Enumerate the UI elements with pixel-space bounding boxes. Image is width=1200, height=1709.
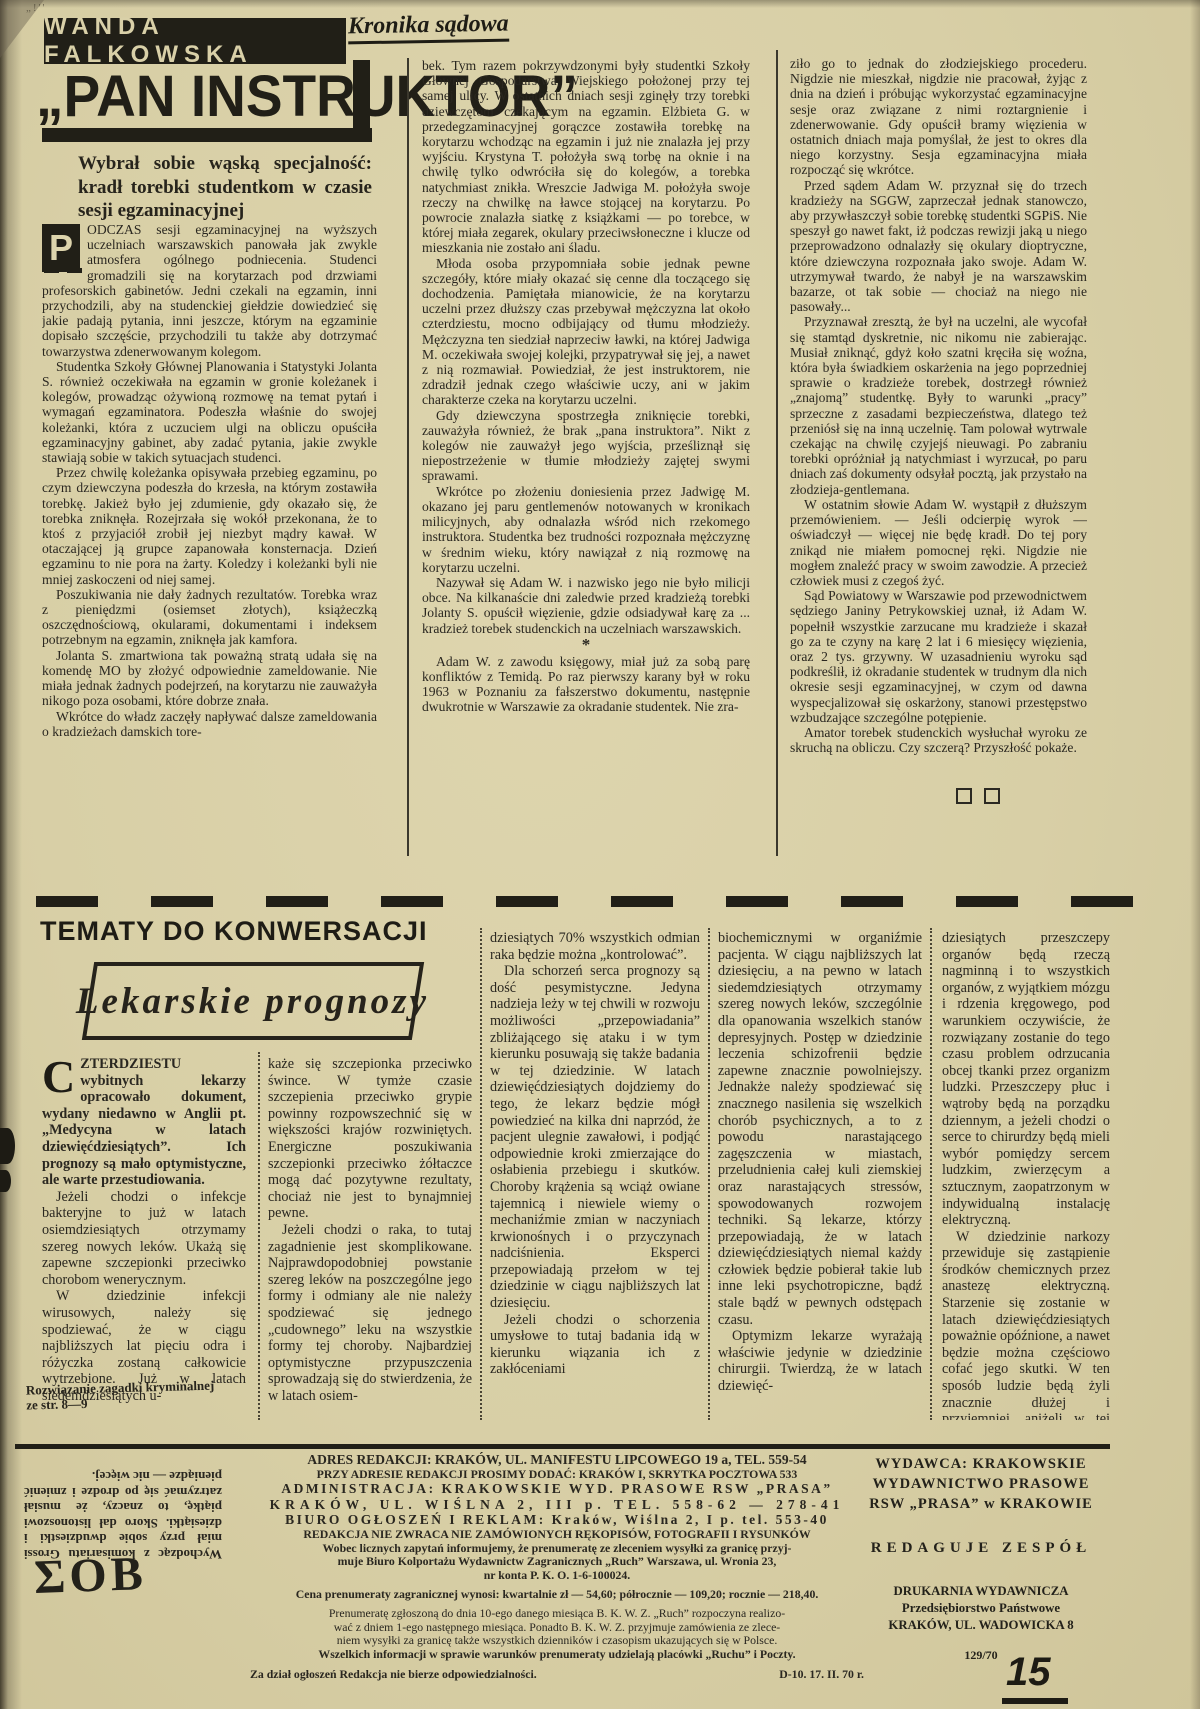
paragraph: Dla schorzeń serca prognozy są dość pesy…: [490, 963, 700, 1311]
paragraph: Gdy dziewczyna spostrzegła zniknięcie to…: [422, 408, 750, 484]
page-left-edge-shadow: [0, 0, 22, 1709]
dotted-column-rule: [708, 928, 710, 1420]
page-number: 15: [1006, 1650, 1051, 1695]
dotted-column-rule: [258, 1052, 260, 1420]
paragraph-list: Jeżeli chodzi o infekcje bakteryjne to j…: [42, 1189, 246, 1405]
page-top-edge-shadow: [0, 0, 1200, 8]
paragraph: dziesiątych 70% wszystkich odmian raka b…: [490, 930, 700, 963]
paragraph: Przed sądem Adam W. przyznał się do trze…: [790, 178, 1087, 315]
paragraph: niem wysyłki za granicę także wszystkich…: [250, 1634, 864, 1648]
paragraph: nr konta P. K. O. 1-6-100024.: [250, 1569, 864, 1583]
paragraph: *: [422, 636, 750, 654]
paragraph: WYDAWNICTWO PRASOWE: [866, 1474, 1096, 1494]
article-lead: Wybrał sobie wąską specjalność: kradł to…: [78, 152, 372, 223]
paragraph: ADRES REDAKCJI: KRAKÓW, UL. MANIFESTU LI…: [250, 1452, 864, 1468]
paragraph: Sąd Powiatowy w Warszawie pod przewodnic…: [790, 588, 1087, 725]
dotted-column-rule: [930, 928, 932, 1420]
imprint-disclaimer: Za dział ogłoszeń Redakcja nie bierze od…: [250, 1667, 537, 1682]
dropcap-dashes: [44, 268, 82, 273]
paragraph: CZTERDZIESTU wybitnych lekarzy opracował…: [42, 1056, 246, 1189]
section-title: TEMATY DO KONWERSACJI: [40, 916, 428, 947]
paragraph: biochemicznymi w organiźmie pacjenta. W …: [718, 930, 922, 1328]
publisher-lines: WYDAWCA: KRAKOWSKIEWYDAWNICTWO PRASOWERS…: [866, 1454, 1096, 1514]
ink-smudge: [0, 1128, 15, 1164]
paragraph: Studentka Szkoły Głównej Planowania i St…: [42, 359, 377, 465]
dropcap-letter: C: [42, 1058, 75, 1096]
puzzle-signature-glyphs: ΣΟΒ: [33, 1546, 148, 1605]
redaguje-zespol: REDAGUJE ZESPÓŁ: [866, 1540, 1096, 1557]
paragraph: BIURO OGŁOSZEŃ I REKLAM: Kraków, Wiślna …: [250, 1512, 864, 1528]
paragraph: DRUKARNIA WYDAWNICZA: [866, 1583, 1096, 1600]
paragraph: KRAKÓW, UL. WADOWICKA 8: [866, 1617, 1096, 1634]
puzzle-solution-rotated-text: Wychodząc z komisariatu Grossi miał przy…: [24, 1412, 222, 1562]
article2-column-a: CZTERDZIESTU wybitnych lekarzy opracował…: [42, 1056, 246, 1418]
article2-title: Lekarskie prognozy: [76, 980, 429, 1023]
paragraph: RSW „PRASA” w KRAKOWIE: [866, 1494, 1096, 1514]
printer-lines: DRUKARNIA WYDAWNICZAPrzedsiębiorstwo Pań…: [866, 1583, 1096, 1634]
title-corner-bar: [353, 60, 370, 142]
paragraph: wać z dniem 1-ego następnego miesiąca. P…: [250, 1621, 864, 1635]
paragraph: Wkrótce po złożeniu doniesienia przez Ja…: [422, 484, 750, 575]
paragraph: Amator torebek studenckich wysłuchał wyr…: [790, 725, 1087, 755]
article2-column-d: biochemicznymi w organiźmie pacjenta. W …: [718, 930, 922, 1420]
column-rule: [776, 50, 778, 856]
rubric-title: Kronika sądowa: [348, 11, 509, 45]
dropcap-letter: P: [42, 224, 80, 272]
paragraph: Przez chwilę koleżanka opisywała przebie…: [42, 465, 377, 587]
end-of-article-checkbox: [984, 788, 1000, 804]
article2-column-e: dziesiątych przeszczepy organów będą rze…: [942, 930, 1110, 1420]
imprint-block: ADRES REDAKCJI: KRAKÓW, UL. MANIFESTU LI…: [250, 1452, 864, 1682]
paragraph: WYDAWCA: KRAKOWSKIE: [866, 1454, 1096, 1474]
paragraph: KRAKÓW, UL. WIŚLNA 2, III p. TEL. 558-62…: [250, 1497, 864, 1513]
imprint-lines: ADRES REDAKCJI: KRAKÓW, UL. MANIFESTU LI…: [250, 1452, 864, 1662]
paragraph: REDAKCJA NIE ZWRACA NIE ZAMÓWIONYCH RĘKO…: [250, 1528, 864, 1542]
paragraph: Optymizm lekarze wyrażają właściwie jedy…: [718, 1328, 922, 1394]
paragraph: Jeżeli chodzi o raka, to tutaj zagadnien…: [268, 1222, 472, 1405]
paragraph: Nazywał się Adam W. i nazwisko jego nie …: [422, 575, 750, 636]
paragraph: Poszukiwania nie dały żadnych rezultatów…: [42, 587, 377, 648]
page-right-edge-shadow: [1190, 0, 1200, 1709]
paragraph: PRZY ADRESIE REDAKCJI PROSIMY DODAĆ: KRA…: [250, 1468, 864, 1482]
dotted-column-rule: [480, 928, 482, 1420]
publisher-block: WYDAWCA: KRAKOWSKIEWYDAWNICTWO PRASOWERS…: [866, 1454, 1096, 1663]
article-title: „PAN INSTRUKTOR”: [36, 62, 378, 130]
paragraph: ADMINISTRACJA: KRAKOWSKIE WYD. PRASOWE R…: [250, 1481, 864, 1497]
article2-title-box: Lekarskie prognozy: [82, 962, 424, 1040]
paragraph: Cena prenumeraty zagranicznej wynosi: kw…: [250, 1588, 864, 1602]
paragraph: dziesiątych przeszczepy organów będą rze…: [942, 930, 1110, 1229]
paragraph: Jeżeli chodzi o infekcje bakteryjne to j…: [42, 1189, 246, 1289]
article2-column-c: dziesiątych 70% wszystkich odmian raka b…: [490, 930, 700, 1420]
ink-smudge: [0, 1170, 11, 1192]
page-number-underline: [1002, 1698, 1068, 1704]
dashed-section-divider: [36, 896, 1164, 907]
end-of-article-checkbox: [956, 788, 972, 804]
article1-column-1: PODCZAS sesji egzaminacyjnej na wyższych…: [42, 222, 377, 860]
paragraph: Przyznawał zresztą, że był na uczelni, a…: [790, 314, 1087, 496]
paragraph: muje Biuro Kolportażu Wydawnictw Zagrani…: [250, 1555, 864, 1569]
paragraph: ziło go to jednak do złodziejskiego proc…: [790, 56, 1087, 178]
paragraph: każe się szczepionka przeciwko śwince. W…: [268, 1056, 472, 1222]
column-rule: [407, 58, 409, 856]
newspaper-page: „!'' WANDA FALKOWSKA Kronika sądowa „PAN…: [0, 0, 1200, 1709]
paragraph: Młoda osoba przypomniała sobie jednak pe…: [422, 256, 750, 408]
article1-column-2: bek. Tym razem pokrzywdzonymi były stude…: [422, 58, 750, 860]
paragraph: Jeżeli chodzi o schorzenia umysłowe to t…: [490, 1312, 700, 1378]
paragraph: W ostatnim słowie Adam W. wystąpił z dłu…: [790, 497, 1087, 588]
paragraph: PODCZAS sesji egzaminacyjnej na wyższych…: [42, 222, 377, 359]
paragraph: Jolanta S. zmartwiona tak poważną stratą…: [42, 648, 377, 709]
paragraph-text: ODCZAS sesji egzaminacyjnej na wyższych …: [42, 222, 377, 359]
author-banner: WANDA FALKOWSKA: [44, 18, 346, 64]
title-underline-bar: [42, 128, 372, 142]
paragraph-list: Studentka Szkoły Głównej Planowania i St…: [42, 359, 377, 739]
paragraph: Wszelkich informacji w sprawie warunków …: [250, 1648, 864, 1662]
paragraph: Wkrótce do władz zaczęły napływać dalsze…: [42, 709, 377, 739]
article2-column-b: każe się szczepionka przeciwko śwince. W…: [268, 1056, 472, 1420]
imprint-date-code: D-10. 17. II. 70 r.: [779, 1667, 864, 1682]
paragraph: Adam W. z zawodu księgowy, miał już za s…: [422, 654, 750, 715]
puzzle-solution-label: Rozwiązanie zagadki kryminalnej ze str. …: [26, 1377, 223, 1412]
article1-column-3: ziło go to jednak do złodziejskiego proc…: [790, 56, 1087, 862]
issue-code: 129/70: [866, 1648, 1096, 1663]
paragraph: Przedsiębiorstwo Państwowe: [866, 1600, 1096, 1617]
paragraph: Prenumeratę zgłoszoną do dnia 10-ego dan…: [250, 1607, 864, 1621]
imprint-last-row: Za dział ogłoszeń Redakcja nie bierze od…: [250, 1667, 864, 1682]
paragraph: W dziedzinie narkozy przewiduje się zast…: [942, 1229, 1110, 1420]
paragraph: bek. Tym razem pokrzywdzonymi były stude…: [422, 58, 750, 256]
paragraph: Wobec licznych zapytań informujemy, że p…: [250, 1542, 864, 1556]
